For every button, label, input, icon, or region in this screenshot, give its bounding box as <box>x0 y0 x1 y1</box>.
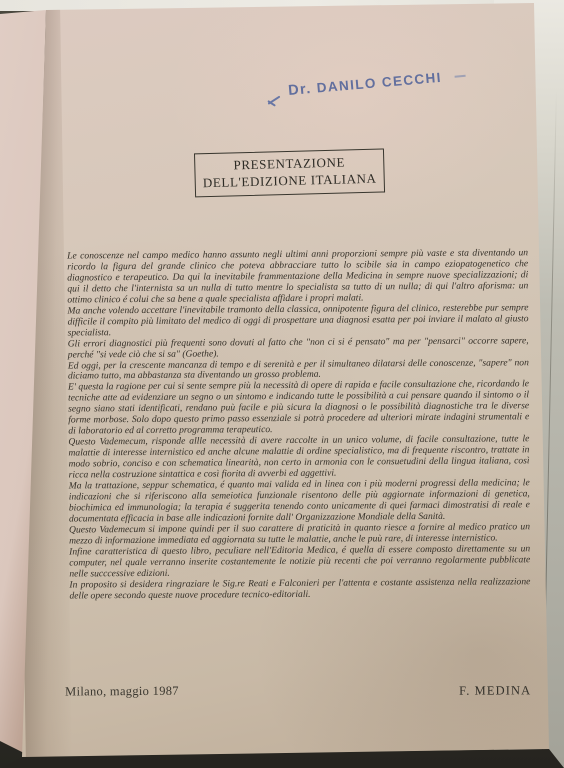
body-paragraph: Le conoscenze nel campo medico hanno ass… <box>67 248 528 306</box>
body-paragraph: Infine caratteristica di questo libro, p… <box>69 544 530 580</box>
section-title-box: PRESENTAZIONE DELL'EDIZIONE ITALIANA <box>194 148 385 197</box>
handwritten-dash-icon <box>455 75 466 78</box>
page-content: Dr. DANILO CECCHI PRESENTAZIONE DELL'EDI… <box>0 0 564 768</box>
body-paragraph: Ma la trattazione, seppur schematica, é … <box>69 478 530 525</box>
book-photo: Dr. DANILO CECCHI PRESENTAZIONE DELL'EDI… <box>0 0 564 768</box>
body-paragraph: Questo Vademecum, risponde allle necessi… <box>68 434 529 481</box>
body-paragraph: In proposito si desidera ringraziare le … <box>69 577 530 602</box>
body-text: Le conoscenze nel campo medico hanno ass… <box>67 248 530 602</box>
footer-place-date: Milano, maggio 1987 <box>65 684 179 700</box>
body-paragraph: Ma anche volendo accettare l'inevitabile… <box>67 303 528 339</box>
body-paragraph: E' questa la ragione per cui si sente se… <box>68 380 529 438</box>
stamp-name: DANILO CECCHI <box>316 70 442 96</box>
stamp-title: Dr. <box>288 81 313 99</box>
ownership-stamp: Dr. DANILO CECCHI <box>270 66 486 100</box>
stamp-text: Dr. DANILO CECCHI <box>270 70 443 100</box>
book-page: Dr. DANILO CECCHI PRESENTAZIONE DELL'EDI… <box>0 0 564 768</box>
section-title-line2: DELL'EDIZIONE ITALIANA <box>196 170 384 191</box>
handwritten-tick-icon <box>266 92 283 107</box>
footer-author: F. MEDINA <box>459 683 531 699</box>
